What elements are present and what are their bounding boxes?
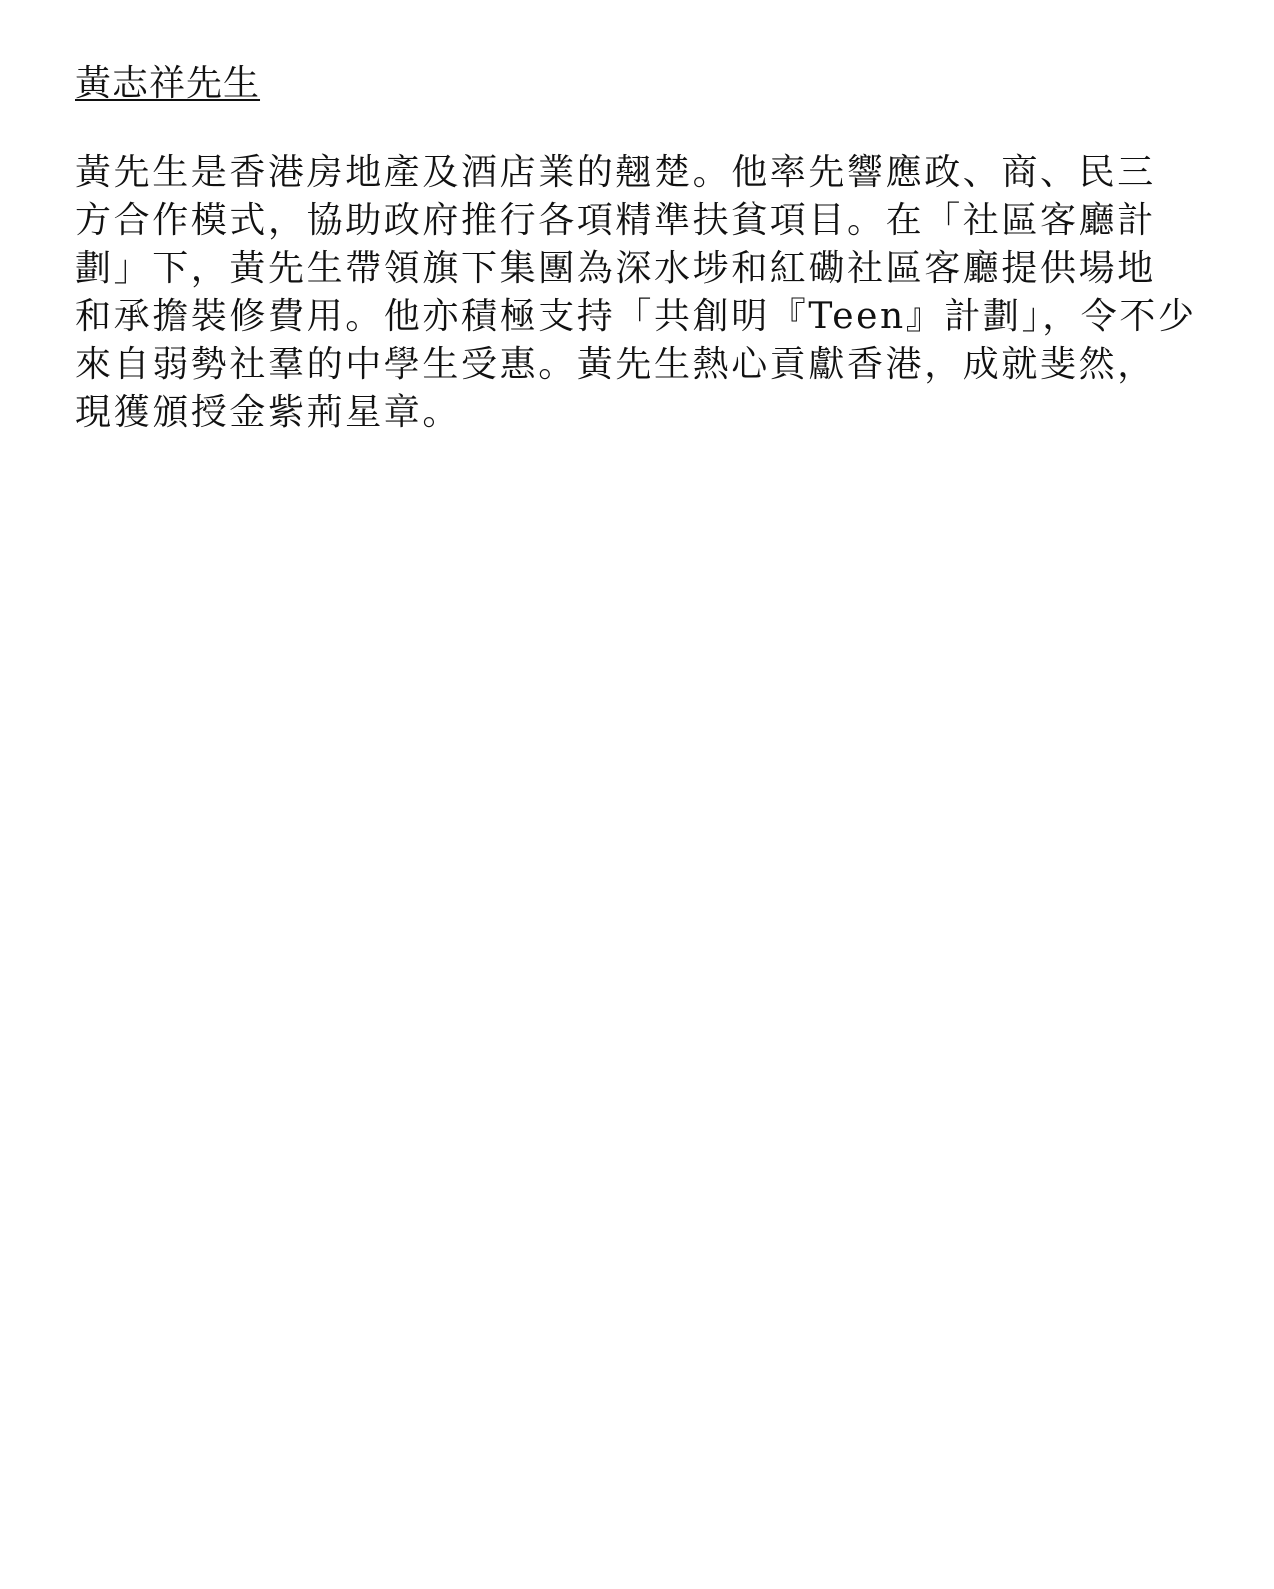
paragraph-line: 黃先生是香港房地產及酒店業的翹楚。他率先響應政、商、民三 <box>75 149 1175 197</box>
paragraph-line: 和承擔裝修費用。他亦積極支持「共創明『Teen』計劃」，令不少 <box>75 293 1175 341</box>
paragraph-line: 劃」下，黃先生帶領旗下集團為深水埗和紅磡社區客廳提供場地 <box>75 245 1175 293</box>
paragraph-line: 現獲頒授金紫荊星章。 <box>75 389 1175 437</box>
paragraph-line: 來自弱勢社羣的中學生受惠。黃先生熱心貢獻香港，成就斐然， <box>75 341 1175 389</box>
document-page: 黃志祥先生 黃先生是香港房地產及酒店業的翹楚。他率先響應政、商、民三 方合作模式… <box>0 0 1274 1589</box>
paragraph-line: 方合作模式，協助政府推行各項精準扶貧項目。在「社區客廳計 <box>75 197 1175 245</box>
citation-paragraph: 黃先生是香港房地產及酒店業的翹楚。他率先響應政、商、民三 方合作模式，協助政府推… <box>75 149 1175 437</box>
page-title: 黃志祥先生 <box>75 62 260 106</box>
